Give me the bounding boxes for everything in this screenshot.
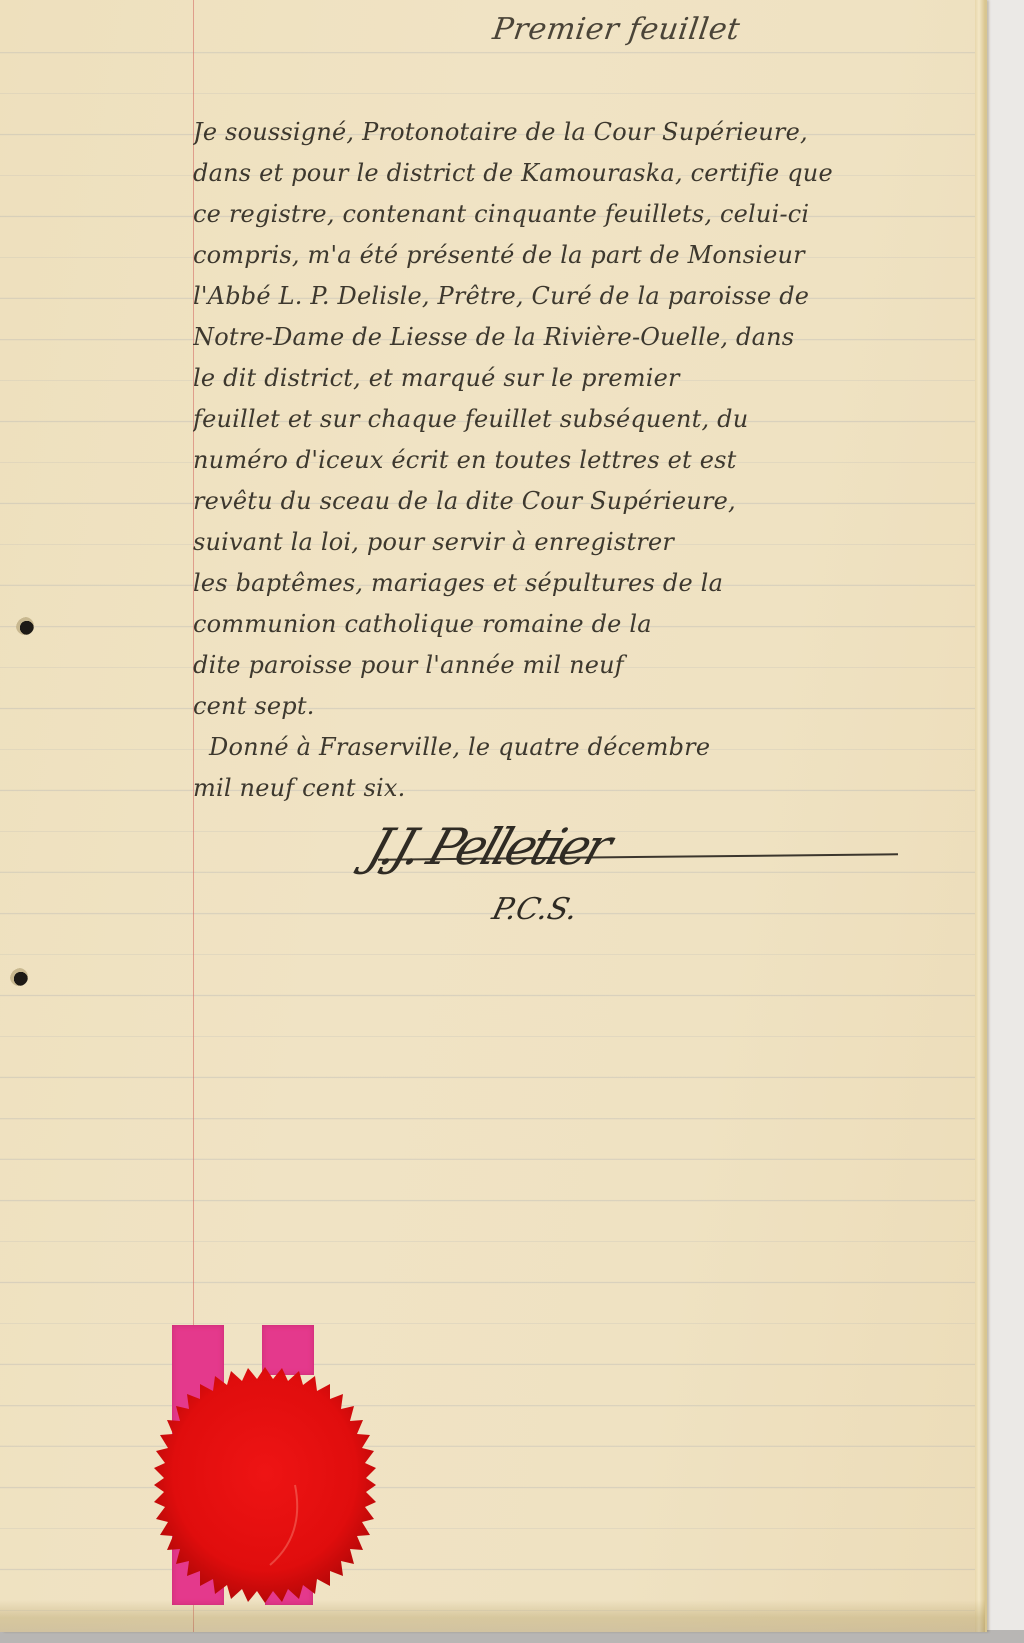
punch-hole-icon xyxy=(10,968,28,986)
body-line: l'Abbé L. P. Delisle, Prêtre, Curé de la… xyxy=(193,276,983,317)
body-line: dite paroisse pour l'année mil neuf xyxy=(193,645,983,686)
body-line: feuillet et sur chaque feuillet subséque… xyxy=(193,399,983,440)
page-header: Premier feuillet xyxy=(491,12,743,47)
body-line: Notre-Dame de Liesse de la Rivière-Ouell… xyxy=(193,317,983,358)
body-line: numéro d'iceux écrit en toutes lettres e… xyxy=(193,440,983,481)
body-line: revêtu du sceau de la dite Cour Supérieu… xyxy=(193,481,983,522)
signature-title: P.C.S. xyxy=(489,892,582,927)
body-line: compris, m'a été présenté de la part de … xyxy=(193,235,983,276)
body-line: Je soussigné, Protonotaire de la Cour Su… xyxy=(193,112,983,153)
red-seal-icon xyxy=(145,1365,385,1605)
register-page: Premier feuillet Je soussigné, Protonota… xyxy=(0,0,985,1632)
body-line: cent sept. xyxy=(193,686,983,727)
punch-hole-icon xyxy=(16,617,34,635)
closing-line: Donné à Fraserville, le quatre décembre xyxy=(193,727,983,768)
body-line: les baptêmes, mariages et sépultures de … xyxy=(193,563,983,604)
body-line: ce registre, contenant cinquante feuille… xyxy=(193,194,983,235)
closing-line: mil neuf cent six. xyxy=(193,768,983,809)
body-line: communion catholique romaine de la xyxy=(193,604,983,645)
body-line: suivant la loi, pour servir à enregistre… xyxy=(193,522,983,563)
certificate-body: Je soussigné, Protonotaire de la Cour Su… xyxy=(193,112,983,809)
body-line: le dit district, et marqué sur le premie… xyxy=(193,358,983,399)
body-line: dans et pour le district de Kamouraska, … xyxy=(193,153,983,194)
signature: J.J. Pelletier xyxy=(361,818,616,876)
